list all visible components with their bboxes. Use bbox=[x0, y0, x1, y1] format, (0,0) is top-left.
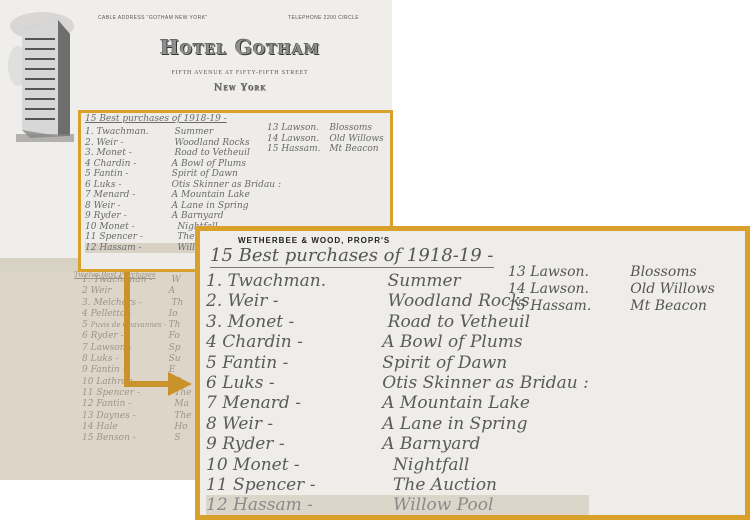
list-item: 6 Luks -Otis Skinner as Bridau : bbox=[206, 373, 589, 393]
connector-line-horizontal bbox=[124, 381, 172, 387]
zoomed-purchase-list-right: 13 Lawson.Blossoms 14 Lawson.Old Willows… bbox=[508, 264, 715, 315]
list-item: 4 Pelletto -Io bbox=[82, 309, 191, 320]
list-item: 2 WeirA bbox=[82, 286, 191, 297]
list-item: 4 Chardin -A Bowl of Plums bbox=[85, 159, 281, 170]
list-item: 13 Lawson.Blossoms bbox=[508, 264, 715, 281]
list-item: 7 Lawson -Sp bbox=[82, 343, 191, 354]
zoomed-list-title: 15 Best purchases of 1918-19 - bbox=[210, 245, 494, 268]
cable-address: CABLE ADDRESS "GOTHAM NEW YORK" bbox=[98, 15, 208, 21]
list-item: 11 Spencer -The Auction bbox=[206, 475, 589, 495]
list-item: 15 Hassam.Mt Beacon bbox=[267, 144, 384, 155]
list-item: 5 Fantin -Spirit of Dawn bbox=[85, 169, 281, 180]
list-item: 3. Monet -Road to Vetheuil bbox=[85, 148, 281, 159]
list-item: 15 Benson -S bbox=[82, 433, 191, 444]
list-item: 4 Chardin -A Bowl of Plums bbox=[206, 332, 589, 352]
list-item: 3. Melchers -Th bbox=[82, 298, 191, 309]
proprietors-line: WETHERBEE & WOOD, PROPR'S bbox=[238, 236, 390, 245]
hotel-name: Hotel Gotham bbox=[140, 35, 340, 59]
hotel-address: FIFTH AVENUE AT FIFTY-FIFTH STREET bbox=[150, 70, 330, 76]
list-item: 7 Menard -A Mountain Lake bbox=[85, 190, 281, 201]
list-item: 6 Luks -Otis Skinner as Bridau : bbox=[85, 180, 281, 191]
telephone: TELEPHONE 2200 CIRCLE bbox=[288, 15, 359, 21]
list-item: 9 Ryder -A Barnyard bbox=[206, 434, 589, 454]
list-item: 14 Lawson.Old Willows bbox=[267, 134, 384, 145]
list-item: 2. Weir -Woodland Rocks bbox=[85, 138, 281, 149]
connector-line-vertical bbox=[124, 272, 130, 387]
list-item: 13 Daynes -The bbox=[82, 411, 191, 422]
list-item: 12 Fantin -Ma bbox=[82, 399, 191, 410]
list-item: 8 Weir -A Lane in Spring bbox=[206, 414, 589, 434]
list-item: 13 Lawson.Blossoms bbox=[267, 123, 384, 134]
hotel-city: New York bbox=[150, 83, 330, 93]
list-item: 1. Twachman.Summer bbox=[85, 127, 281, 138]
list-item: 6 Ryder -Fo bbox=[82, 331, 191, 342]
list-item: 1. Twachtman -W bbox=[82, 275, 191, 286]
list-item: 8 Luks -Su bbox=[82, 354, 191, 365]
list-item: 5 Fantin -Spirit of Dawn bbox=[206, 353, 589, 373]
list-item: 14 Lawson.Old Willows bbox=[508, 281, 715, 298]
list-item: 12 Hassam -Willow Pool bbox=[206, 495, 589, 515]
list-item: 14 HaleHo bbox=[82, 422, 191, 433]
list-item: 8 Weir -A Lane in Spring bbox=[85, 201, 281, 212]
list-item: 15 Hassam.Mt Beacon bbox=[508, 298, 715, 315]
arrow-right-icon bbox=[168, 372, 192, 396]
hotel-building-engraving-icon bbox=[8, 6, 76, 146]
lower-sheet-list: 1. Twachtman -W 2 WeirA 3. Melchers -Th … bbox=[82, 275, 191, 444]
list-item: 9 Ryder -A Barnyard bbox=[85, 211, 281, 222]
list-item: 7 Menard -A Mountain Lake bbox=[206, 393, 589, 413]
highlight-box-zoomed: WETHERBEE & WOOD, PROPR'S 15 Best purcha… bbox=[195, 226, 750, 520]
source-purchase-list-right: 13 Lawson.Blossoms 14 Lawson.Old Willows… bbox=[267, 123, 384, 155]
source-list-title: 15 Best purchases of 1918-19 - bbox=[85, 114, 227, 124]
list-item: 5 Puvis de Chavannes -Th bbox=[82, 320, 191, 331]
list-item: 10 Monet -Nightfall bbox=[206, 455, 589, 475]
